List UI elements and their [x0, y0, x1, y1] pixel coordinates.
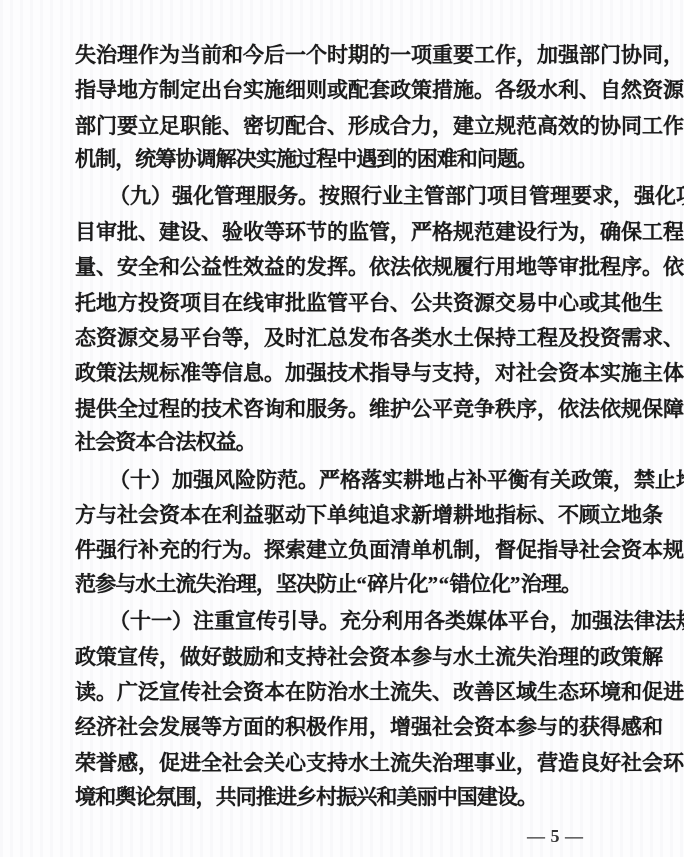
text-line: 政策法规标准等信息。加强技术指导与支持，对社会资本实施主体: [75, 355, 660, 390]
text-line: 方与社会资本在利益驱动下单纯追求新增耕地指标、不顾立地条: [75, 496, 660, 531]
text-line: 部门要立足职能、密切配合、形成合力，建立规范高效的协同工作: [75, 107, 660, 142]
text-line: 量、安全和公益性效益的发挥。依法依规履行用地等审批程序。依: [75, 248, 660, 283]
text-line: 提供全过程的技术咨询和服务。维护公平竞争秩序，依法依规保障: [75, 390, 660, 425]
text-line: （十）加强风险防范。严格落实耕地占补平衡有关政策，禁止地: [75, 461, 660, 496]
paragraph-item-10: （十）加强风险防范。严格落实耕地占补平衡有关政策，禁止地 方与社会资本在利益驱动…: [75, 461, 660, 603]
text-line: 经济社会发展等方面的积极作用，增强社会资本参与的获得感和: [75, 709, 660, 744]
text-line: 托地方投资项目在线审批监管平台、公共资源交易中心或其他生: [75, 284, 660, 319]
text-line: 目审批、建设、验收等环节的监管，严格规范建设行为，确保工程质: [75, 213, 660, 248]
text-line: 读。广泛宣传社会资本在防治水土流失、改善区域生态环境和促进: [75, 673, 660, 708]
paragraph-item-11: （十一）注重宣传引导。充分利用各类媒体平台，加强法律法规 政策宣传，做好鼓励和支…: [75, 603, 660, 815]
text-line: （十一）注重宣传引导。充分利用各类媒体平台，加强法律法规: [75, 603, 660, 638]
text-line: 境和舆论氛围，共同推进乡村振兴和美丽中国建设。: [75, 780, 660, 815]
text-line: 政策宣传，做好鼓励和支持社会资本参与水土流失治理的政策解: [75, 638, 660, 673]
paragraph-item-9: （九）强化管理服务。按照行业主管部门项目管理要求，强化项 目审批、建设、验收等环…: [75, 178, 660, 461]
text-line: 社会资本合法权益。: [75, 425, 660, 460]
text-line: 机制，统筹协调解决实施过程中遇到的困难和问题。: [75, 142, 660, 177]
text-line: 态资源交易平台等，及时汇总发布各类水土保持工程及投资需求、: [75, 319, 660, 354]
text-line: 失治理作为当前和今后一个时期的一项重要工作，加强部门协同，: [75, 36, 660, 71]
text-line: 件强行补充的行为。探索建立负面清单机制，督促指导社会资本规: [75, 532, 660, 567]
text-line: 荣誉感，促进全社会关心支持水土流失治理事业，营造良好社会环: [75, 744, 660, 779]
page-number: — 5 —: [527, 827, 584, 845]
text-line: 指导地方制定出台实施细则或配套政策措施。各级水利、自然资源: [75, 71, 660, 106]
document-page: 失治理作为当前和今后一个时期的一项重要工作，加强部门协同， 指导地方制定出台实施…: [0, 0, 684, 857]
text-line: 范参与水土流失治理，坚决防止“碎片化”“错位化”治理。: [75, 567, 660, 602]
document-text-block: 失治理作为当前和今后一个时期的一项重要工作，加强部门协同， 指导地方制定出台实施…: [75, 36, 660, 815]
paragraph-continuation: 失治理作为当前和今后一个时期的一项重要工作，加强部门协同， 指导地方制定出台实施…: [75, 36, 660, 178]
text-line: （九）强化管理服务。按照行业主管部门项目管理要求，强化项: [75, 178, 660, 213]
